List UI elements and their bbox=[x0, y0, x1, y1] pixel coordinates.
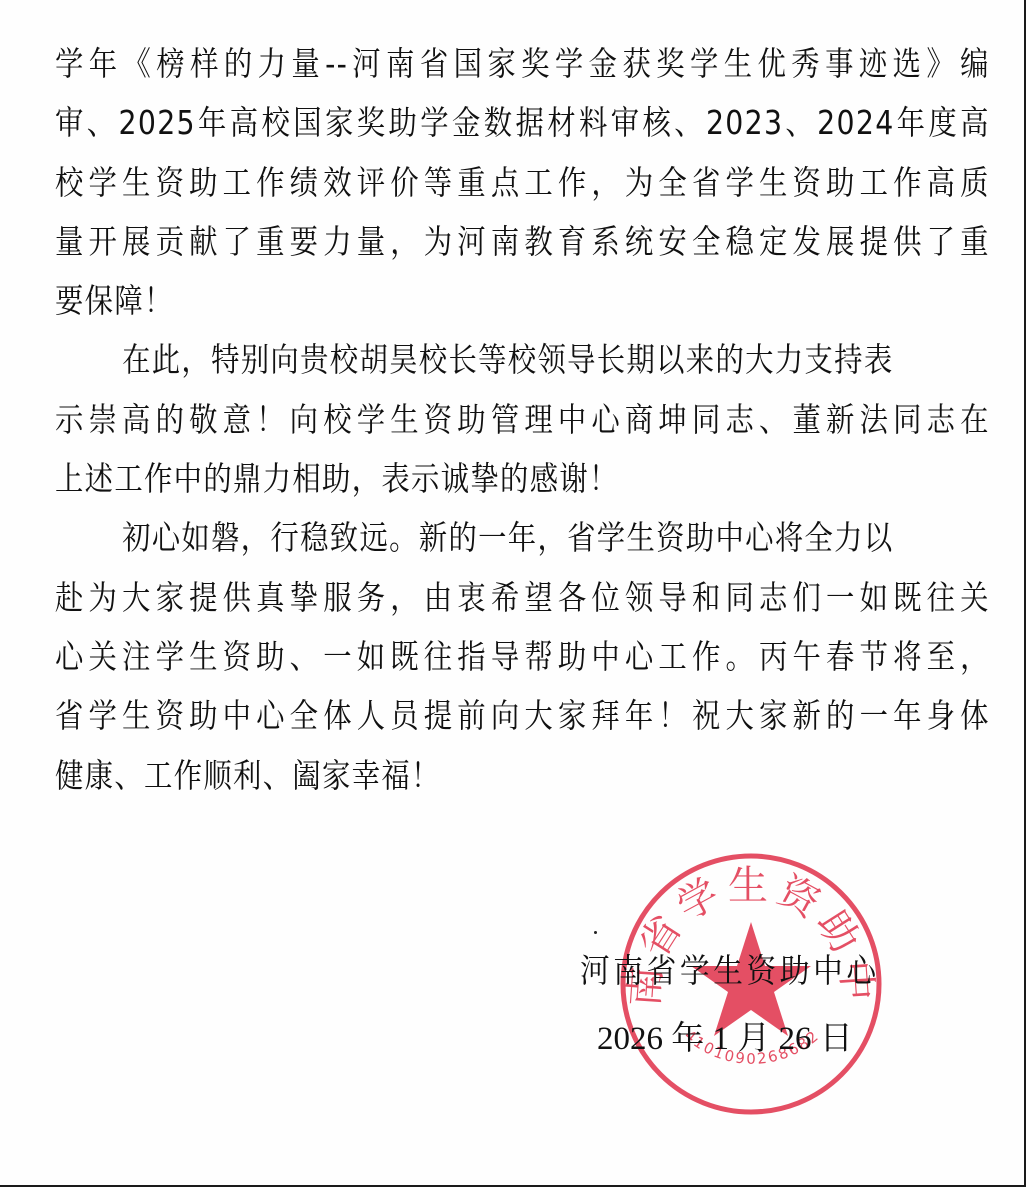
ink-dot bbox=[594, 931, 597, 934]
letter-page: 学年《榜样的力量--河南省国家奖学金获奖学生优秀事迹选》编 审、2025年高校国… bbox=[0, 0, 1026, 1187]
text-line: 健康、工作顺利、阖家幸福！ bbox=[55, 746, 859, 805]
signature-date: 2026 年 1 月 26 日 bbox=[597, 1012, 853, 1059]
text-line: 学年《榜样的力量--河南省国家奖学金获奖学生优秀事迹选》编 bbox=[55, 34, 990, 93]
text-line: 审、2025年高校国家奖助学金数据材料审核、2023、2024年度高 bbox=[55, 93, 990, 152]
text-line: 量开展贡献了重要力量，为河南教育系统安全稳定发展提供了重 bbox=[55, 212, 990, 271]
text-line: 赴为大家提供真挚服务，由衷希望各位领导和同志们一如既往关 bbox=[55, 568, 990, 627]
text-line: 示崇高的敬意！向校学生资助管理中心商坤同志、董新法同志在 bbox=[55, 390, 990, 449]
text-line: 心关注学生资助、一如既往指导帮助中心工作。丙午春节将至， bbox=[55, 627, 990, 686]
text-line: 在此，特别向贵校胡昊校长等校领导长期以来的大力支持表 bbox=[55, 330, 859, 389]
letter-body: 学年《榜样的力量--河南省国家奖学金获奖学生优秀事迹选》编 审、2025年高校国… bbox=[55, 34, 990, 805]
text-line: 上述工作中的鼎力相助，表示诚挚的感谢！ bbox=[55, 449, 859, 508]
text-line: 校学生资助工作绩效评价等重点工作，为全省学生资助工作高质 bbox=[55, 153, 990, 212]
text-line: 要保障！ bbox=[55, 271, 859, 330]
text-line: 省学生资助中心全体人员提前向大家拜年！祝大家新的一年身体 bbox=[55, 686, 990, 745]
text-line: 初心如磐，行稳致远。新的一年，省学生资助中心将全力以 bbox=[55, 508, 859, 567]
signature-organization: 河南省学生资助中心 bbox=[580, 945, 868, 992]
